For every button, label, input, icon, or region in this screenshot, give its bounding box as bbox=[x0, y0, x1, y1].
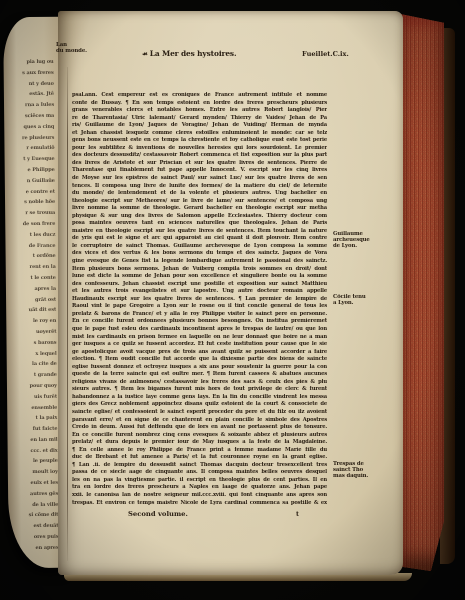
left-page-text-fragment: x lequel bbox=[23, 348, 57, 359]
text-line: psal.ann. Cest empereur est es croniques… bbox=[72, 92, 327, 100]
text-line: theologie escript sur Metheores/ sur le … bbox=[72, 198, 327, 206]
text-line: du monde/ de lentendement et de la volen… bbox=[72, 190, 327, 198]
text-line: gine evesque de Genes fist la legende lo… bbox=[72, 258, 327, 266]
left-page-text-fragment: e contre et bbox=[21, 186, 55, 197]
text-line: ¶ En celle annee le roy Philippe de Fran… bbox=[72, 447, 327, 455]
left-page-text-fragment: ores puis bbox=[25, 532, 59, 543]
left-page-text-fragment: s barons bbox=[22, 337, 56, 348]
book-page: Landu monde. ☙La Mer des hystoires. Fuei… bbox=[58, 11, 403, 575]
margin-note-line: du monde. bbox=[56, 48, 94, 54]
text-line: lune est dicte la somme de Jehan pour so… bbox=[72, 273, 327, 281]
text-line: des confesseurs. Jehan chassist escript … bbox=[72, 281, 327, 289]
margin-note-guillaume: Guillaumearcheuesquede Lyon. bbox=[333, 231, 395, 249]
text-line: ger iusques a ce quilz se fussent accord… bbox=[72, 341, 327, 349]
text-line: des vices et des vertus & les bons sermo… bbox=[72, 250, 327, 258]
margin-note-line: mas daquin. bbox=[333, 473, 395, 479]
left-page-text-fragment: autres gẽs bbox=[24, 489, 58, 500]
left-page-text-fragment: t la paix bbox=[23, 413, 57, 424]
left-page-text-fragment: eulx et les bbox=[24, 478, 58, 489]
text-line: ge apostolicque avoit vacque pres de tro… bbox=[72, 349, 327, 357]
text-line: et les autres trois evangelistes et sur … bbox=[72, 288, 327, 296]
left-page-text-fragment: t grande bbox=[23, 370, 57, 381]
text-line: posa maintes oeuvres tant en sciences na… bbox=[72, 220, 327, 228]
left-page-text-fragment: re plusieurs bbox=[20, 132, 54, 143]
left-page-text-fragment: sciẽces ma bbox=[20, 111, 54, 122]
folio-number: Fueillet.C.ix. bbox=[302, 50, 349, 58]
book-photo: pia lug ous aux freresnt y deuoestãs. Jt… bbox=[0, 0, 465, 600]
left-page-text-fragment: apres la bbox=[22, 284, 56, 295]
left-page-text-fragment: r se trouua bbox=[21, 208, 55, 219]
text-line: re de Tharentasia/ Ulric lalemant/ Gerar… bbox=[72, 115, 327, 123]
left-page-text-fragment: t le conte bbox=[22, 273, 56, 284]
fleuron-icon: ☙ bbox=[142, 50, 148, 58]
left-page-text-fragment: n Guillaũe bbox=[21, 176, 55, 187]
text-line: Raoul vint le pape Gregoire a Lyon sur l… bbox=[72, 303, 327, 311]
left-page-text-fragment: est deuãt bbox=[24, 521, 58, 532]
text-line: tences. Il composa ung livre de lunite d… bbox=[72, 183, 327, 191]
text-line: et Jehan chassist lesquelz comme cleres … bbox=[72, 130, 327, 138]
text-line: religions vivans de aulmosnes/ cestassav… bbox=[72, 379, 327, 387]
left-page-text-fragment: e Philippe bbox=[21, 165, 55, 176]
left-page-text-fragment: de son frere bbox=[21, 219, 55, 230]
left-page-text-fragment: pour quoy bbox=[23, 381, 57, 392]
text-line: maistre en theologie escript sur les qua… bbox=[72, 228, 327, 236]
text-line: tra en lordre des freres prescheurs a Na… bbox=[72, 484, 327, 492]
left-page-text-fragment: uoyerẽt bbox=[22, 327, 56, 338]
left-page-text-fragment: nt y deuo bbox=[20, 78, 54, 89]
left-page-text-fragment: en lan mil bbox=[23, 435, 57, 446]
text-line: mist les cardinaulx en prison fermee en … bbox=[72, 334, 327, 342]
text-line: prelatz/ et dura depuis le premier iour … bbox=[72, 439, 327, 447]
left-page-text-fragment: s noble hõe bbox=[21, 197, 55, 208]
left-page-text-fragment: ques a cinq bbox=[20, 122, 54, 133]
text-line: paravant erre/ et en signe de ce chanter… bbox=[72, 417, 327, 425]
left-page-text-fragment: rna a Iules bbox=[20, 100, 54, 111]
margin-note-line: a Lyon. bbox=[333, 300, 395, 306]
left-page-text-fragment: estãs. Jtê bbox=[20, 89, 54, 100]
text-line: ris/ Guillaume de Lyon/ Jaques de Voragi… bbox=[72, 122, 327, 130]
left-page-text-fragment: en apres bbox=[25, 543, 59, 554]
text-line: Credo in deum. Aussi fut deffendu que de… bbox=[72, 424, 327, 432]
text-line: giers des Grecz noblement appoinctez dis… bbox=[72, 401, 327, 409]
left-page-text-fragment: t les ducz bbox=[21, 230, 55, 241]
left-page-text-fragment: s aux freres bbox=[20, 68, 54, 79]
left-page-text-fragment: uãt dit est bbox=[22, 305, 56, 316]
left-page-text-fragment: moult ioy bbox=[24, 467, 58, 478]
left-page-text-fragment: uis furẽt bbox=[23, 391, 57, 402]
left-page-text-fragment: le roy en bbox=[22, 316, 56, 327]
left-page-text-fragment: t y Euesque bbox=[21, 154, 55, 165]
text-line: Haudinaulx escript sur les quatre livres… bbox=[72, 296, 327, 304]
text-line: Tharentase qui finablement fut pape appe… bbox=[72, 167, 327, 175]
text-line: passa de ce siecle aage de cinquante ans… bbox=[72, 469, 327, 477]
text-line: conte de Bussay. ¶ En son temps estoient… bbox=[72, 100, 327, 108]
text-line: ¶ Lan .ii. de lempire du dessusdit sainc… bbox=[72, 462, 327, 470]
text-line: sieurs autres. ¶ Item les bigames furent… bbox=[72, 386, 327, 394]
left-page-text-fragment: t ordõne bbox=[22, 251, 56, 262]
margin-note-line: de Lyon. bbox=[333, 243, 395, 249]
main-text-block: psal.ann. Cest empereur est es croniques… bbox=[72, 92, 327, 507]
margin-note-concile: Cõcile tenua Lyon. bbox=[333, 294, 395, 306]
left-page-text-fragment: rent en la bbox=[22, 262, 56, 273]
margin-note-trespas: Trespas desainct Thomas daquin. bbox=[333, 461, 395, 479]
left-page-text-fragment: ccc. et dix bbox=[24, 445, 58, 456]
left-page-text-fragment: pia lug ou bbox=[20, 57, 54, 68]
text-line: saincte eglise/ et confessoient le sainc… bbox=[72, 409, 327, 417]
text-line: xxii. le canonisa lan de nostre seigneur… bbox=[72, 492, 327, 500]
volume-catch-title: Second volume. bbox=[128, 510, 188, 518]
text-line: physique & sur ung des livres de Salomon… bbox=[72, 213, 327, 221]
left-page-text-fragment: r emulatiõ bbox=[20, 143, 54, 154]
text-line: grans venerables clercs et notables home… bbox=[72, 107, 327, 115]
text-line: de yris qui est le signe et arc qui appa… bbox=[72, 235, 327, 243]
text-line: le corruptoire de sainct Thomas. Guillau… bbox=[72, 243, 327, 251]
text-line: En ce concille furent nombrez cinq cens … bbox=[72, 432, 327, 440]
margin-note-lan-du-monde: Landu monde. bbox=[56, 42, 94, 55]
left-page-text-fragment: la cite de bbox=[23, 359, 57, 370]
text-line: livre nomme la somme de theologie. Gerar… bbox=[72, 205, 327, 213]
text-line: queste de la terre saincte qui est oultr… bbox=[72, 371, 327, 379]
left-page-text-fragment: de France bbox=[21, 240, 55, 251]
text-line: prelatz & barons de France/ et y alla le… bbox=[72, 311, 327, 319]
signature-mark: t bbox=[296, 510, 299, 518]
text-line: election. ¶ Item oudit concille fut acco… bbox=[72, 356, 327, 364]
left-page-text-fragment: de la ville bbox=[24, 499, 58, 510]
text-line: trespas. Et environ ce temps maistre Nic… bbox=[72, 500, 327, 508]
text-line: eglise fussent donnez et octroyez iusque… bbox=[72, 364, 327, 372]
text-line: que le pape fust esleu des cardinaulx in… bbox=[72, 326, 327, 334]
fore-edge-pages bbox=[400, 14, 444, 571]
text-line: des livres de Aristote et sur Priscian e… bbox=[72, 160, 327, 168]
left-page-text-fragment: fut faicte bbox=[23, 424, 57, 435]
text-line: habandonnez a la iustice laye comme gens… bbox=[72, 394, 327, 402]
text-line: des docteurs dessusditz/ cestassavoir Ro… bbox=[72, 152, 327, 160]
text-line: duc de Brebant et fut amenee a Paris/ et… bbox=[72, 454, 327, 462]
text-line: Item plusieurs bons sermons. Jehan de Vu… bbox=[72, 266, 327, 274]
left-page-text-fragment: grãt ost bbox=[22, 294, 56, 305]
left-page-text-fragment: le peuple bbox=[24, 456, 58, 467]
text-line: En ce concille furent ordonnees plusieur… bbox=[72, 318, 327, 326]
text-line: pour les subtilitez & inventions de nouv… bbox=[72, 145, 327, 153]
text-line: de Moyse sur les epistres de sainct Paul… bbox=[72, 175, 327, 183]
gutter-crease bbox=[67, 67, 68, 561]
running-title: ☙La Mer des hystoires. bbox=[142, 49, 236, 58]
text-line: gens bons neussent este en ce temps la c… bbox=[72, 137, 327, 145]
running-title-text: La Mer des hystoires. bbox=[150, 49, 237, 58]
left-page-text-column: pia lug ous aux freresnt y deuoestãs. Jt… bbox=[20, 57, 59, 557]
left-page-text-fragment: si cõme dit bbox=[24, 510, 58, 521]
left-page-text-fragment: ensemble bbox=[23, 402, 57, 413]
text-line: les on na pas la vingtiesme partie. il e… bbox=[72, 477, 327, 485]
